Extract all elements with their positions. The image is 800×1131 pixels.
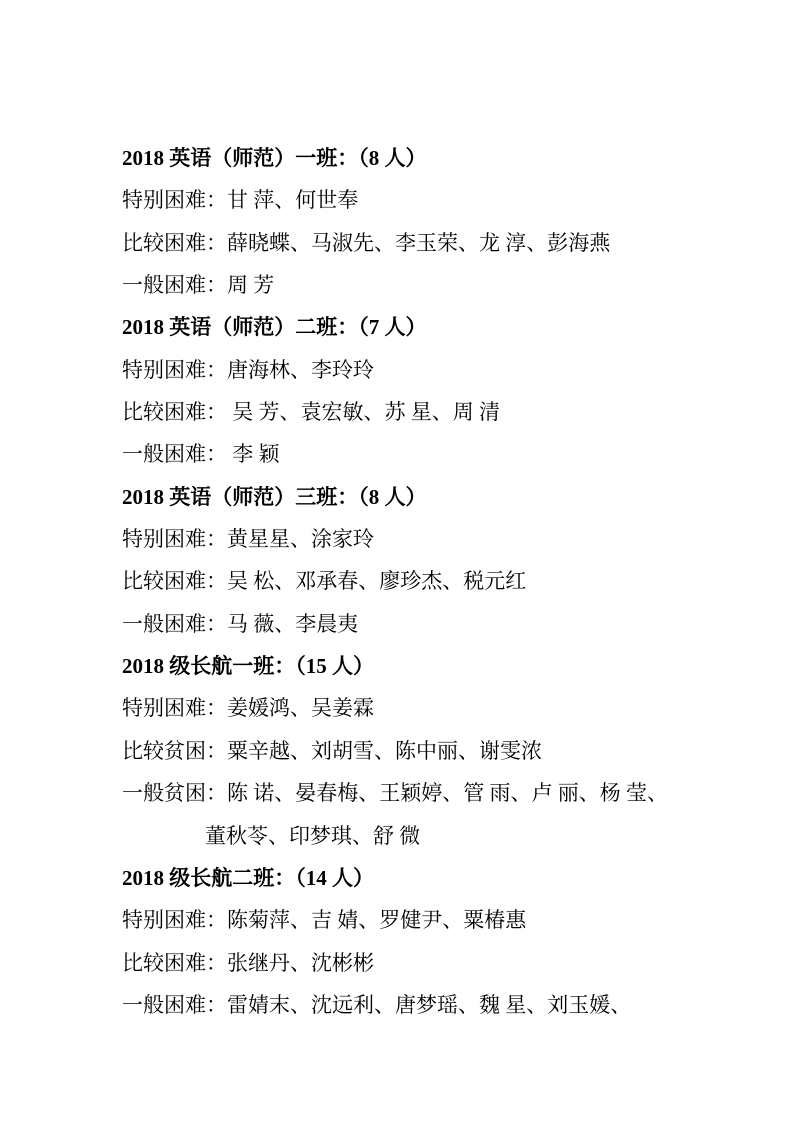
section-1-entry-especially-difficult: 特别困难：甘 萍、何世奉 [122, 179, 682, 221]
section-2-entry-especially-difficult: 特别困难：唐海林、李玲玲 [122, 349, 682, 391]
text-block: 2018 英语（师范）一班：（8 人） 特别困难：甘 萍、何世奉 比较困难：薛晓… [122, 137, 682, 1026]
section-4-entry-generally-poor-continuation: 董秋苓、印梦琪、舒 微 [122, 815, 682, 857]
section-5-entry-relatively-difficult: 比较困难：张继丹、沈彬彬 [122, 942, 682, 984]
section-1-heading: 2018 英语（师范）一班：（8 人） [122, 137, 682, 179]
section-2-entry-relatively-difficult: 比较困难： 吴 芳、袁宏敏、苏 星、周 清 [122, 391, 682, 433]
section-2-entry-generally-difficult: 一般困难： 李 颖 [122, 433, 682, 475]
section-4-entry-especially-difficult: 特别困难：姜媛鸿、吴姜霖 [122, 687, 682, 729]
section-5-entry-especially-difficult: 特别困难：陈菊萍、吉 婧、罗健尹、粟椿惠 [122, 899, 682, 941]
section-3-entry-generally-difficult: 一般困难：马 薇、李晨夷 [122, 603, 682, 645]
document-page: 2018 英语（师范）一班：（8 人） 特别困难：甘 萍、何世奉 比较困难：薛晓… [0, 0, 800, 1131]
section-5-heading: 2018 级长航二班：（14 人） [122, 857, 682, 899]
section-2-heading: 2018 英语（师范）二班：（7 人） [122, 306, 682, 348]
section-4-entry-generally-poor: 一般贫困：陈 诺、晏春梅、王颖婷、管 雨、卢 丽、杨 莹、 [122, 772, 682, 814]
section-1-entry-generally-difficult: 一般困难：周 芳 [122, 264, 682, 306]
section-3-entry-especially-difficult: 特别困难：黄星星、涂家玲 [122, 518, 682, 560]
section-3-heading: 2018 英语（师范）三班：（8 人） [122, 476, 682, 518]
section-4-heading: 2018 级长航一班：（15 人） [122, 645, 682, 687]
section-4-entry-relatively-poor: 比较贫困：粟辛越、刘胡雪、陈中丽、谢雯浓 [122, 730, 682, 772]
section-3-entry-relatively-difficult: 比较困难：吴 松、邓承春、廖珍杰、税元红 [122, 560, 682, 602]
section-1-entry-relatively-difficult: 比较困难：薛晓蝶、马淑先、李玉荣、龙 淳、彭海燕 [122, 222, 682, 264]
section-5-entry-generally-difficult: 一般困难：雷婧末、沈远利、唐梦瑶、魏 星、刘玉媛、 [122, 984, 682, 1026]
